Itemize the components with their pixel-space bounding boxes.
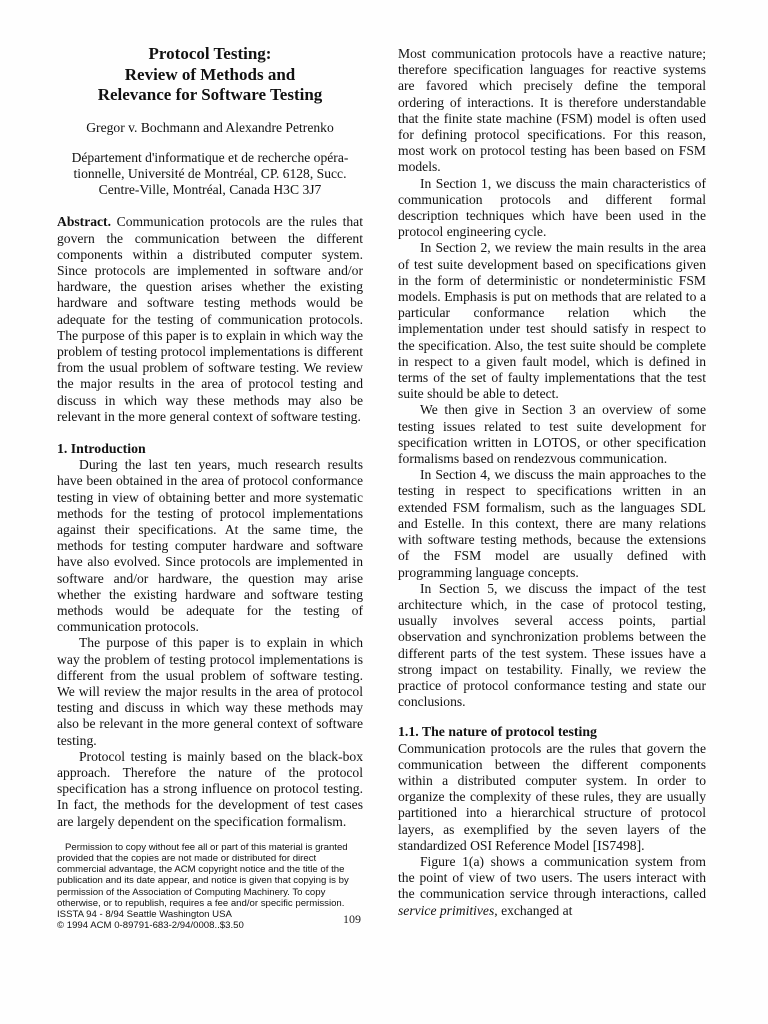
body-paragraph: Figure 1(a) shows a communication system… — [398, 854, 706, 919]
right-column: Most communication protocols have a reac… — [398, 46, 706, 919]
affiliation: Département d'informatique et de recherc… — [57, 150, 363, 199]
body-paragraph: During the last ten years, much research… — [57, 457, 363, 635]
paper-page: Protocol Testing: Review of Methods and … — [0, 0, 768, 1024]
italic-term: service primitives — [398, 903, 494, 918]
body-paragraph: In Section 2, we review the main results… — [398, 240, 706, 402]
body-paragraph: Most communication protocols have a reac… — [398, 46, 706, 176]
paragraph-text: , exchanged at — [494, 903, 572, 918]
copyright-line: © 1994 ACM 0-89791-683-2/94/0008..$3.50 — [57, 920, 363, 931]
body-paragraph: In Section 1, we discuss the main charac… — [398, 176, 706, 241]
title-line: Protocol Testing: — [57, 44, 363, 65]
title-line: Relevance for Software Testing — [57, 85, 363, 106]
abstract: Abstract. Communication protocols are th… — [57, 214, 363, 425]
page-number: 109 — [343, 912, 361, 927]
title-line: Review of Methods and — [57, 65, 363, 86]
body-paragraph: The purpose of this paper is to explain … — [57, 635, 363, 748]
paper-title: Protocol Testing: Review of Methods and … — [57, 44, 363, 106]
body-paragraph: In Section 5, we discuss the impact of t… — [398, 581, 706, 711]
body-paragraph: We then give in Section 3 an overview of… — [398, 402, 706, 467]
section-heading-introduction: 1. Introduction — [57, 441, 363, 457]
subsection-heading-nature-of-protocol-testing: 1.1. The nature of protocol testing — [398, 724, 706, 740]
left-column: Protocol Testing: Review of Methods and … — [57, 44, 363, 931]
affiliation-line: tionnelle, Université de Montréal, CP. 6… — [57, 166, 363, 182]
permission-text: Permission to copy without fee all or pa… — [57, 842, 363, 909]
affiliation-line: Département d'informatique et de recherc… — [57, 150, 363, 166]
body-paragraph: Protocol testing is mainly based on the … — [57, 749, 363, 830]
abstract-text: Communication protocols are the rules th… — [57, 214, 363, 423]
affiliation-line: Centre-Ville, Montréal, Canada H3C 3J7 — [57, 182, 363, 198]
copyright-notice: Permission to copy without fee all or pa… — [57, 842, 363, 932]
abstract-label: Abstract. — [57, 214, 111, 229]
body-paragraph: Communication protocols are the rules th… — [398, 741, 706, 854]
authors: Gregor v. Bochmann and Alexandre Petrenk… — [57, 120, 363, 136]
body-paragraph: In Section 4, we discuss the main approa… — [398, 467, 706, 580]
paragraph-text: Figure 1(a) shows a communication system… — [398, 854, 706, 901]
conference-info: ISSTA 94 - 8/94 Seattle Washington USA — [57, 909, 363, 920]
